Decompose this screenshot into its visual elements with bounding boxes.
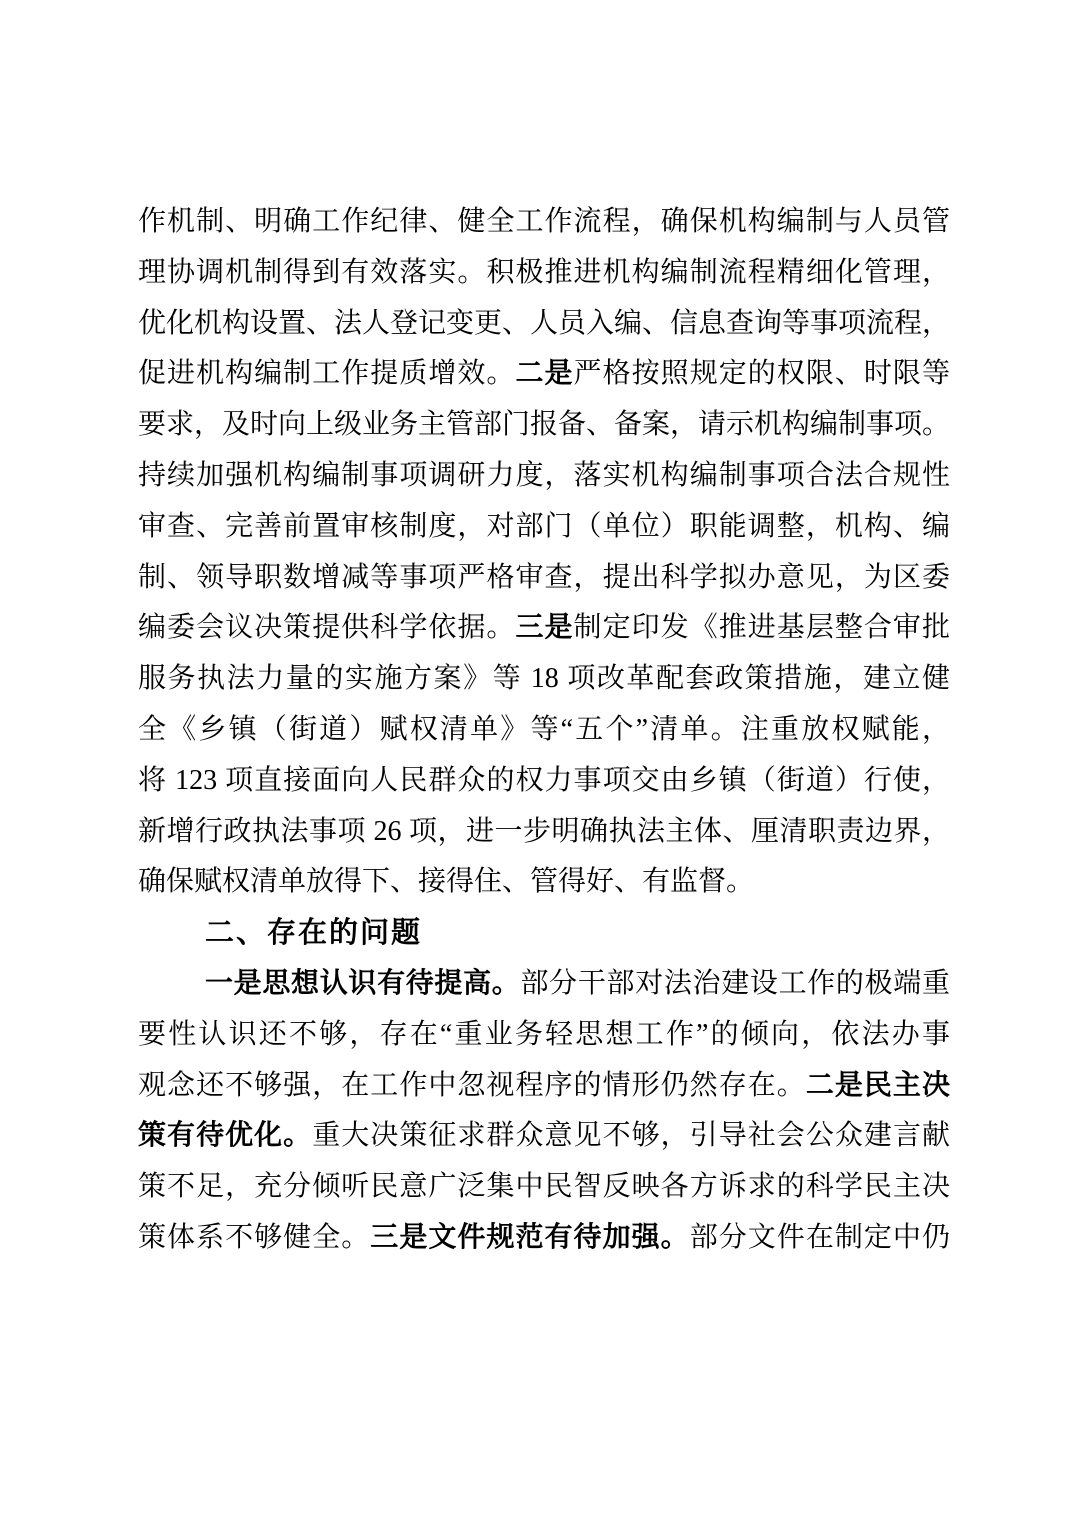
text-line: 新增行政执法事项 26 项，进一步明确执法主体、厘清职责边界， bbox=[138, 807, 950, 858]
emphasis-text: 二、存在的问题 bbox=[205, 917, 422, 949]
body-text: 服务执法力量的实施方案》等 18 项改革配套政策措施，建立健 bbox=[138, 663, 950, 694]
emphasis-text: 二是 bbox=[515, 358, 573, 389]
text-line: 策有待优化。重大决策征求群众意见不够，引导社会公众建言献 bbox=[138, 1111, 950, 1162]
body-text: 严格按照规定的权限、时限等 bbox=[574, 358, 950, 389]
text-line: 要性认识还不够，存在“重业务轻思想工作”的倾向，依法办事 bbox=[138, 1010, 950, 1061]
text-line: 理协调机制得到有效落实。积极推进机构编制流程精细化管理， bbox=[138, 248, 950, 299]
body-text: 新增行政执法事项 26 项，进一步明确执法主体、厘清职责边界， bbox=[138, 816, 950, 847]
emphasis-text: 三是文件规范有待加强。 bbox=[370, 1222, 689, 1253]
text-line: 作机制、明确工作纪律、健全工作流程，确保机构编制与人员管 bbox=[138, 197, 950, 248]
text-line: 确保赋权清单放得下、接得住、管得好、有监督。 bbox=[138, 857, 950, 908]
body-text: 审查、完善前置审核制度，对部门（单位）职能调整，机构、编 bbox=[138, 511, 950, 542]
text-line: 服务执法力量的实施方案》等 18 项改革配套政策措施，建立健 bbox=[138, 654, 950, 705]
body-text: 策不足，充分倾听民意广泛集中民智反映各方诉求的科学民主决 bbox=[138, 1171, 950, 1202]
text-line: 策不足，充分倾听民意广泛集中民智反映各方诉求的科学民主决 bbox=[138, 1162, 950, 1213]
body-text: 要性认识还不够，存在“重业务轻思想工作”的倾向，依法办事 bbox=[138, 1019, 950, 1050]
body-text: 将 123 项直接面向人民群众的权力事项交由乡镇（街道）行使， bbox=[138, 765, 950, 796]
emphasis-text: 策有待优化。 bbox=[138, 1120, 312, 1151]
text-line: 优化机构设置、法人登记变更、人员入编、信息查询等事项流程， bbox=[138, 299, 950, 350]
body-text: 持续加强机构编制事项调研力度，落实机构编制事项合法合规性 bbox=[138, 460, 950, 491]
section-heading: 二、存在的问题 bbox=[138, 908, 950, 959]
text-line: 编委会议决策提供科学依据。三是制定印发《推进基层整合审批 bbox=[138, 603, 950, 654]
body-text: 观念还不够强，在工作中忽视程序的情形仍然存在。 bbox=[138, 1070, 806, 1101]
text-line: 将 123 项直接面向人民群众的权力事项交由乡镇（街道）行使， bbox=[138, 756, 950, 807]
body-text: 部分干部对法治建设工作的极端重 bbox=[520, 968, 950, 999]
text-line: 观念还不够强，在工作中忽视程序的情形仍然存在。二是民主决 bbox=[138, 1061, 950, 1112]
body-text: 编委会议决策提供科学依据。 bbox=[138, 612, 515, 643]
text-line: 要求，及时向上级业务主管部门报备、备案，请示机构编制事项。 bbox=[138, 400, 950, 451]
text-line: 持续加强机构编制事项调研力度，落实机构编制事项合法合规性 bbox=[138, 451, 950, 502]
document-page: 作机制、明确工作纪律、健全工作流程，确保机构编制与人员管理协调机制得到有效落实。… bbox=[0, 0, 1074, 1520]
body-text: 作机制、明确工作纪律、健全工作流程，确保机构编制与人员管 bbox=[138, 206, 950, 237]
body-text: 重大决策征求群众意见不够，引导社会公众建言献 bbox=[312, 1120, 950, 1151]
body-text: 部分文件在制定中仍 bbox=[690, 1222, 950, 1253]
text-line: 策体系不够健全。三是文件规范有待加强。部分文件在制定中仍 bbox=[138, 1213, 950, 1264]
emphasis-text: 三是 bbox=[515, 612, 573, 643]
text-line: 全《乡镇（街道）赋权清单》等“五个”清单。注重放权赋能， bbox=[138, 705, 950, 756]
body-text: 策体系不够健全。 bbox=[138, 1222, 370, 1253]
text-line: 制、领导职数增减等事项严格审查，提出科学拟办意见，为区委 bbox=[138, 553, 950, 604]
text-line: 审查、完善前置审核制度，对部门（单位）职能调整，机构、编 bbox=[138, 502, 950, 553]
body-text: 促进机构编制工作提质增效。 bbox=[138, 358, 515, 389]
body-text: 理协调机制得到有效落实。积极推进机构编制流程精细化管理， bbox=[138, 257, 950, 288]
body-text: 确保赋权清单放得下、接得住、管得好、有监督。 bbox=[138, 866, 754, 897]
document-body: 作机制、明确工作纪律、健全工作流程，确保机构编制与人员管理协调机制得到有效落实。… bbox=[138, 197, 950, 1264]
emphasis-text: 二是民主决 bbox=[806, 1070, 950, 1101]
body-text: 制定印发《推进基层整合审批 bbox=[574, 612, 950, 643]
text-line: 促进机构编制工作提质增效。二是严格按照规定的权限、时限等 bbox=[138, 349, 950, 400]
text-line: 一是思想认识有待提高。部分干部对法治建设工作的极端重 bbox=[138, 959, 950, 1010]
body-text: 全《乡镇（街道）赋权清单》等“五个”清单。注重放权赋能， bbox=[138, 714, 950, 745]
body-text: 优化机构设置、法人登记变更、人员入编、信息查询等事项流程， bbox=[138, 308, 950, 339]
body-text: 要求，及时向上级业务主管部门报备、备案，请示机构编制事项。 bbox=[138, 409, 950, 440]
emphasis-text: 一是思想认识有待提高。 bbox=[205, 968, 520, 999]
body-text: 制、领导职数增减等事项严格审查，提出科学拟办意见，为区委 bbox=[138, 562, 950, 593]
